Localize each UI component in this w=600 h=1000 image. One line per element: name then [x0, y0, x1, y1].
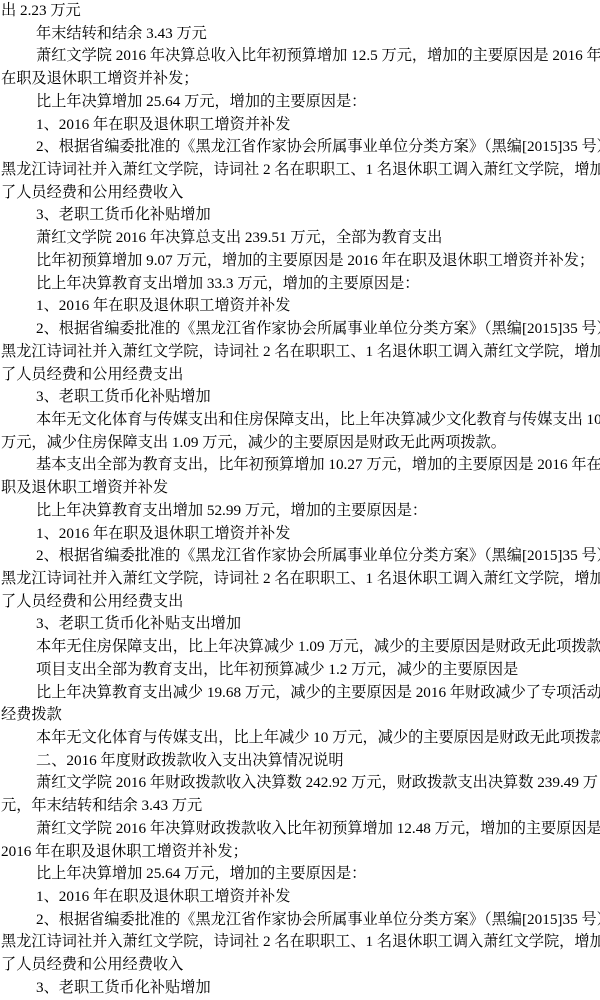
document-page: 出 2.23 万元年末结转和结余 3.43 万元萧红文学院 2016 年决算总收… — [0, 0, 600, 1000]
text-line: 了人员经费和公用经费支出 — [0, 364, 600, 387]
text-line: 黑龙江诗词社并入萧红文学院，诗词社 2 名在职职工、1 名退休职工调入萧红文学院… — [0, 568, 600, 591]
text-line: 比上年决算教育支出增加 33.3 万元，增加的主要原因是： — [0, 273, 600, 296]
text-line: 萧红文学院 2016 年决算财政拨款收入比年初预算增加 12.48 万元，增加的… — [0, 818, 600, 841]
text-line: 萧红文学院 2016 年决算总收入比年初预算增加 12.5 万元，增加的主要原因… — [0, 45, 600, 68]
text-line: 年末结转和结余 3.43 万元 — [0, 23, 600, 46]
text-line: 1、2016 年在职及退休职工增资并补发 — [0, 295, 600, 318]
text-line: 1、2016 年在职及退休职工增资并补发 — [0, 523, 600, 546]
text-line: 万元，减少住房保障支出 1.09 万元，减少的主要原因是财政无此两项拨款。 — [0, 432, 600, 455]
text-line: 黑龙江诗词社并入萧红文学院，诗词社 2 名在职职工、1 名退休职工调入萧红文学院… — [0, 159, 600, 182]
text-line: 本年无文化体育与传媒支出和住房保障支出，比上年决算减少文化教育与传媒支出 10 — [0, 409, 600, 432]
text-line: 比上年决算增加 25.64 万元，增加的主要原因是： — [0, 91, 600, 114]
text-line: 出 2.23 万元 — [0, 0, 600, 23]
text-line: 萧红文学院 2016 年决算总支出 239.51 万元，全部为教育支出 — [0, 227, 600, 250]
text-line: 了人员经费和公用经费收入 — [0, 954, 600, 977]
text-line: 3、老职工货币化补贴增加 — [0, 386, 600, 409]
text-line: 2、根据省编委批准的《黑龙江省作家协会所属事业单位分类方案》（黑编[2015]3… — [0, 136, 600, 159]
text-line: 在职及退休职工增资并补发； — [0, 68, 600, 91]
text-line: 1、2016 年在职及退休职工增资并补发 — [0, 114, 600, 137]
text-line: 比年初预算增加 9.07 万元，增加的主要原因是 2016 年在职及退休职工增资… — [0, 250, 600, 273]
text-line: 二、2016 年度财政拨款收入支出决算情况说明 — [0, 750, 600, 773]
text-line: 1、2016 年在职及退休职工增资并补发 — [0, 886, 600, 909]
text-line: 经费拨款 — [0, 704, 600, 727]
text-line: 元，年末结转和结余 3.43 万元 — [0, 795, 600, 818]
text-line: 萧红文学院 2016 年财政拨款收入决算数 242.92 万元，财政拨款支出决算… — [0, 772, 600, 795]
text-line: 职及退休职工增资并补发 — [0, 477, 600, 500]
text-line: 2、根据省编委批准的《黑龙江省作家协会所属事业单位分类方案》（黑编[2015]3… — [0, 545, 600, 568]
text-line: 项目支出全部为教育支出，比年初预算减少 1.2 万元，减少的主要原因是 — [0, 659, 600, 682]
text-line: 本年无住房保障支出，比上年决算减少 1.09 万元，减少的主要原因是财政无此项拨… — [0, 636, 600, 659]
text-line: 本年无文化体育与传媒支出，比上年减少 10 万元，减少的主要原因是财政无此项拨款 — [0, 727, 600, 750]
text-line: 黑龙江诗词社并入萧红文学院，诗词社 2 名在职职工、1 名退休职工调入萧红文学院… — [0, 341, 600, 364]
text-line: 2016 年在职及退休职工增资并补发； — [0, 841, 600, 864]
text-line: 3、老职工货币化补贴增加 — [0, 977, 600, 1000]
text-line: 比上年决算教育支出减少 19.68 万元，减少的主要原因是 2016 年财政减少… — [0, 682, 600, 705]
text-line: 2、根据省编委批准的《黑龙江省作家协会所属事业单位分类方案》（黑编[2015]3… — [0, 318, 600, 341]
text-line: 比上年决算教育支出增加 52.99 万元，增加的主要原因是： — [0, 500, 600, 523]
text-line: 2、根据省编委批准的《黑龙江省作家协会所属事业单位分类方案》（黑编[2015]3… — [0, 909, 600, 932]
text-line: 基本支出全部为教育支出，比年初预算增加 10.27 万元，增加的主要原因是 20… — [0, 454, 600, 477]
text-line: 3、老职工货币化补贴支出增加 — [0, 613, 600, 636]
text-line: 比上年决算增加 25.64 万元，增加的主要原因是： — [0, 863, 600, 886]
text-line: 黑龙江诗词社并入萧红文学院，诗词社 2 名在职职工、1 名退休职工调入萧红文学院… — [0, 931, 600, 954]
text-line: 了人员经费和公用经费收入 — [0, 182, 600, 205]
text-line: 了人员经费和公用经费支出 — [0, 591, 600, 614]
text-line: 3、老职工货币化补贴增加 — [0, 204, 600, 227]
